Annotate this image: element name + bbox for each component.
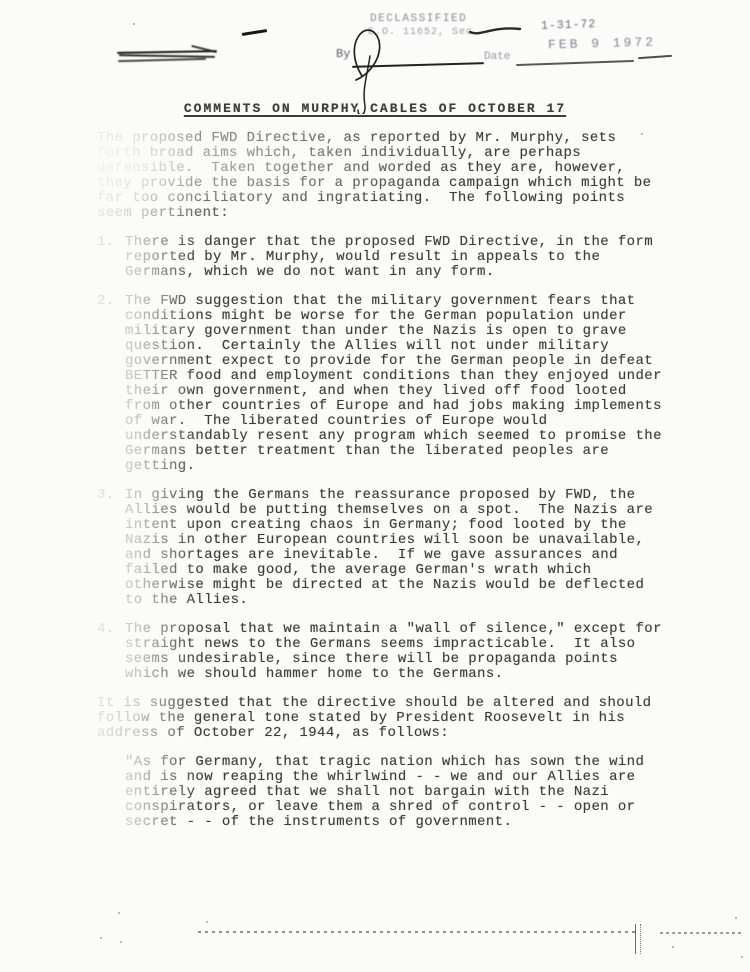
date-label: Date xyxy=(484,51,510,63)
scanned-memo-page: DECLASSIFIED E.O. 11652, Sec. 1-31-72 FE… xyxy=(0,0,750,972)
scan-speck xyxy=(118,912,120,914)
roosevelt-quote: "As for Germany, that tragic nation whic… xyxy=(125,755,649,830)
numbered-item-1: 1. There is danger that the proposed FWD… xyxy=(97,235,665,280)
item-number: 4. xyxy=(97,622,125,682)
scan-speck xyxy=(100,937,102,939)
item-text: There is danger that the proposed FWD Di… xyxy=(125,235,665,280)
item-number: 1. xyxy=(97,235,125,280)
intro-paragraph: The proposed FWD Directive, as reported … xyxy=(97,131,665,221)
scan-speck xyxy=(735,917,737,919)
handwritten-release-date: 1-31-72 xyxy=(541,18,597,33)
handwritten-signature xyxy=(332,14,422,114)
scan-speck xyxy=(120,941,122,943)
scan-speck xyxy=(641,133,643,135)
scan-speck xyxy=(206,921,208,923)
numbered-item-3: 3. In giving the Germans the reassurance… xyxy=(97,488,665,608)
closing-paragraph: It is suggested that the directive shoul… xyxy=(97,696,665,741)
date-line-tail xyxy=(638,55,672,59)
memo-title: COMMENTS ON MURPHY CABLES OF OCTOBER 17 xyxy=(0,101,750,116)
pen-swoosh-mark xyxy=(468,20,528,40)
date-blank-line xyxy=(516,60,634,66)
date-received-stamp: FEB 9 1972 xyxy=(548,35,656,53)
item-number: 3. xyxy=(97,488,125,608)
scan-noise-line xyxy=(198,931,636,933)
struck-out-text-smudge xyxy=(117,48,219,64)
item-text: The proposal that we maintain a "wall of… xyxy=(125,622,665,682)
item-text: In giving the Germans the reassurance pr… xyxy=(125,488,665,608)
item-text: The FWD suggestion that the military gov… xyxy=(125,294,665,474)
scan-speck xyxy=(672,946,674,948)
strikethrough-mark xyxy=(118,58,206,62)
scan-speck xyxy=(133,23,135,25)
memo-body: The proposed FWD Directive, as reported … xyxy=(97,131,665,830)
numbered-item-4: 4. The proposal that we maintain a "wall… xyxy=(97,622,665,682)
scan-noise-line xyxy=(660,932,744,934)
pen-tick-mark xyxy=(242,29,267,36)
item-number: 2. xyxy=(97,294,125,474)
scan-vertical-artifact xyxy=(635,924,641,954)
numbered-item-2: 2. The FWD suggestion that the military … xyxy=(97,294,665,474)
scan-speck xyxy=(741,956,743,958)
